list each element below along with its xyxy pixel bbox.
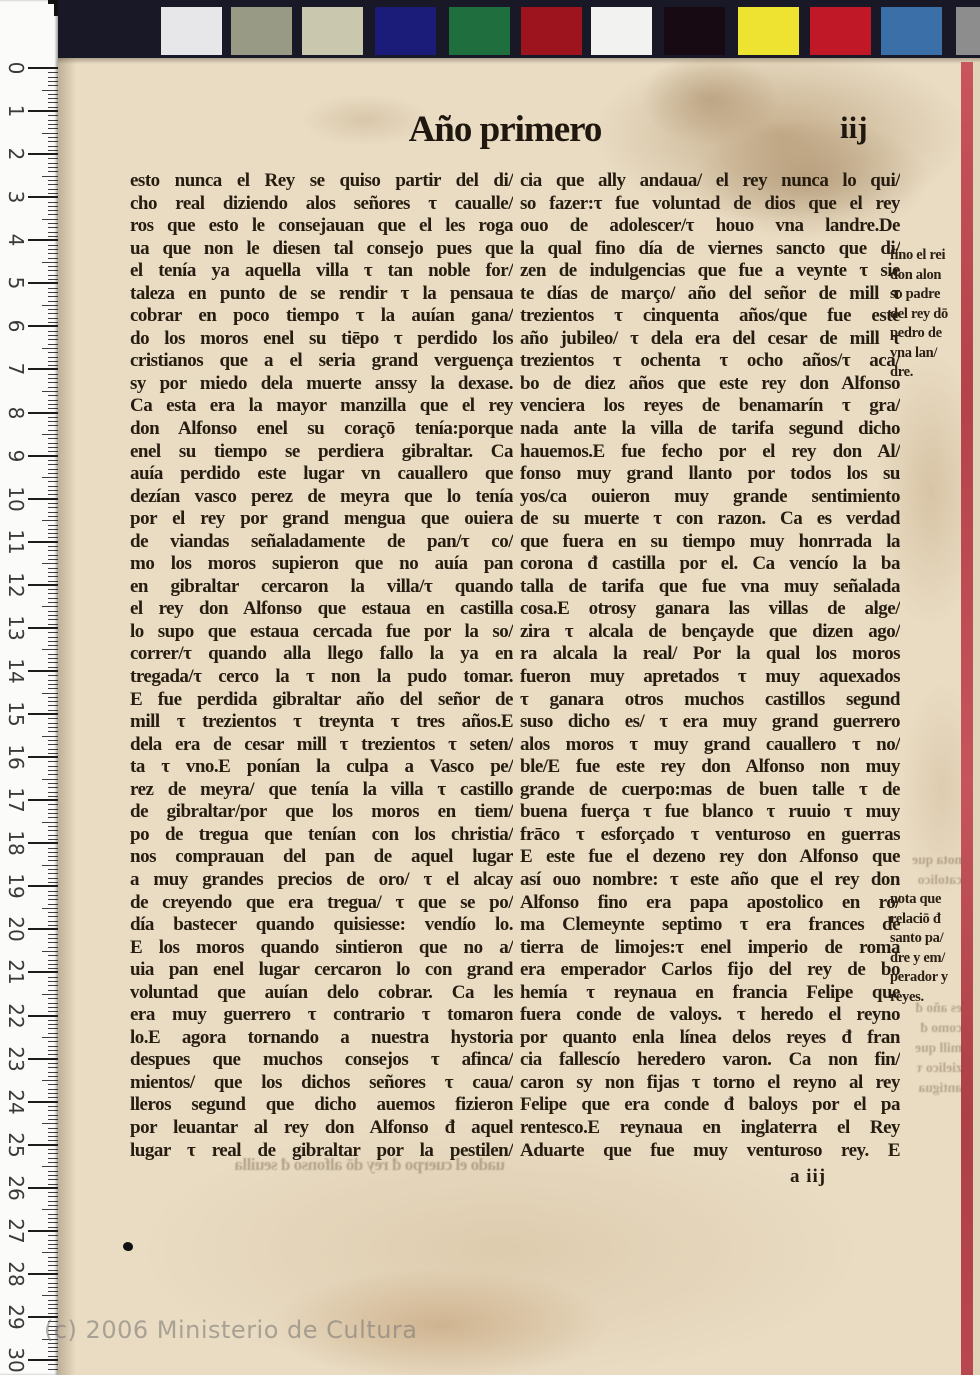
ruler-mm-tick	[48, 443, 58, 444]
ruler-cm-tick	[28, 196, 58, 198]
text-line: sy por miedo dela muerte anssy la dexase…	[130, 373, 513, 396]
ruler-mm-tick	[48, 792, 58, 793]
ruler-mm-tick	[48, 1265, 58, 1266]
ruler-mm-tick	[48, 469, 58, 470]
ruler-number: 7	[4, 354, 28, 384]
ruler-mm-tick	[48, 223, 58, 224]
ruler-mm-tick	[48, 680, 58, 681]
ruler-mm-tick	[48, 598, 58, 599]
ruler-mm-tick	[48, 1351, 58, 1352]
ruler-mm-tick	[48, 382, 58, 383]
ruler-mm-tick	[48, 947, 58, 948]
ruler-number: 6	[4, 311, 28, 341]
ruler-mm-tick	[48, 171, 58, 172]
ruler-mm-tick	[48, 1369, 58, 1370]
ruler-number: 29	[4, 1302, 28, 1332]
text-line: fonso muy grand llanto por todos los su	[520, 463, 900, 486]
ruler-cm-tick	[28, 1187, 58, 1189]
ruler-mm-tick	[48, 826, 58, 827]
text-line: suso dicho es/ τ era muy grand guerrero	[520, 711, 900, 734]
ruler-mm-tick	[48, 1201, 58, 1202]
ruler-mm-tick	[48, 1257, 58, 1258]
text-line: cia fallescío heredero varon. Ca non fin…	[520, 1049, 900, 1072]
text-line: Alfonso fino era papa apostolico en ro/	[520, 892, 900, 915]
text-line: así ouo nombre: τ este año que el rey do…	[520, 869, 900, 892]
ruler-mm-tick	[48, 1140, 58, 1141]
text-line: zira τ alcala de bençayde que dizen ago/	[520, 621, 900, 644]
ruler-cm-tick	[28, 885, 58, 887]
ruler-mm-tick	[42, 434, 58, 435]
color-patch-red	[810, 7, 871, 55]
ruler-mm-tick	[48, 529, 58, 530]
text-line: por quanto enla línea delos reyes đ fran	[520, 1027, 900, 1050]
text-line: do los moros enel su tiēpo τ perdido los	[130, 328, 513, 351]
ink-dot	[123, 1242, 133, 1251]
ruler-mm-tick	[48, 934, 58, 935]
ruler-mm-tick	[42, 736, 58, 737]
ruler-cm-tick	[28, 1015, 58, 1017]
ruler-mm-tick	[48, 593, 58, 594]
ruler-mm-tick	[48, 486, 58, 487]
text-line: mo los moros supieron que no auía pan	[130, 553, 513, 576]
bleedthrough-line: mill que	[886, 1038, 962, 1058]
ruler-mm-tick	[48, 1222, 58, 1223]
ruler-mm-tick	[48, 942, 58, 943]
text-line: rentesco.E reynaua en inglaterra el Rey	[520, 1117, 900, 1140]
ruler-mm-tick	[42, 1037, 58, 1038]
ruler-mm-tick	[48, 1261, 58, 1262]
ruler-number: 18	[4, 828, 28, 858]
ruler-mm-tick	[48, 258, 58, 259]
color-patch-steel-blue	[881, 7, 942, 55]
bleedthrough-line: zielico τ	[886, 1058, 962, 1078]
ruler-mm-tick	[48, 684, 58, 685]
ruler-mm-tick	[48, 723, 58, 724]
ruler-cm-tick	[28, 627, 58, 629]
ruler-mm-tick	[48, 365, 58, 366]
ruler-mm-tick	[42, 348, 58, 349]
ruler-mm-tick	[48, 1347, 58, 1348]
text-line: voluntad que auían delo cobrar. Ca les	[130, 982, 513, 1005]
margin-note-line: so padre	[890, 285, 960, 305]
ruler-mm-tick	[42, 649, 58, 650]
text-line: enel su tiempo se perdiera gibraltar. Ca	[130, 441, 513, 464]
text-line: a muy grandes precios de oro/ τ el alcay	[130, 869, 513, 892]
ruler-mm-tick	[48, 404, 58, 405]
color-patch-light-gray	[161, 7, 222, 55]
ruler-mm-tick	[42, 994, 58, 995]
ruler-mm-tick	[48, 1240, 58, 1241]
text-line: E fue perdida gibraltar año del señor de	[130, 689, 513, 712]
text-line: despues que muchos consejos τ afinca/	[130, 1049, 513, 1072]
ruler-mm-tick	[48, 817, 58, 818]
ruler-number: 14	[4, 656, 28, 686]
ruler-mm-tick	[48, 361, 58, 362]
ruler-mm-tick	[48, 1235, 58, 1236]
ruler-mm-tick	[48, 1171, 58, 1172]
text-line: alos moros τ muy grand cauallero τ no/	[520, 734, 900, 757]
ruler-mm-tick	[48, 1300, 58, 1301]
ruler-mm-tick	[48, 102, 58, 103]
text-line: por el rey por grand mengua que ouiera	[130, 508, 513, 531]
ruler-mm-tick	[48, 912, 58, 913]
text-line: trezientos τ cinquenta años/que fue este	[520, 305, 900, 328]
ruler-mm-tick	[48, 1205, 58, 1206]
ruler-mm-tick	[48, 357, 58, 358]
ruler-cm-tick	[28, 1273, 58, 1275]
ruler-number: 19	[4, 871, 28, 901]
ruler-number: 28	[4, 1259, 28, 1289]
ruler-mm-tick	[48, 637, 58, 638]
ruler-mm-tick	[48, 447, 58, 448]
ruler-mm-tick	[42, 176, 58, 177]
ruler-mm-tick	[48, 856, 58, 857]
gutter-shadow	[58, 58, 76, 1375]
ruler-mm-tick	[48, 744, 58, 745]
text-line: so fazer:τ fue voluntad de dios que el r…	[520, 193, 900, 216]
ruler-mm-tick	[48, 809, 58, 810]
ruler-mm-tick	[48, 977, 58, 978]
ruler-mm-tick	[48, 1136, 58, 1137]
ruler-mm-tick	[48, 1304, 58, 1305]
text-line: de gibraltar/por que los moros en tiem/	[130, 801, 513, 824]
ruler-mm-tick	[48, 740, 58, 741]
margin-note-line: perador y	[890, 968, 960, 988]
text-line: taleza en punto de se rendir τ la pensau…	[130, 283, 513, 306]
text-line: τ ganara otros muchos castillos segund	[520, 689, 900, 712]
color-patch-yellow	[738, 7, 799, 55]
ruler-mm-tick	[48, 141, 58, 142]
ruler-mm-tick	[48, 1003, 58, 1004]
ruler-number: 3	[4, 182, 28, 212]
margin-note-line: santo pa/	[890, 929, 960, 949]
bleedthrough-margin: es año đcomo đmill quezielico τantigua	[886, 998, 962, 1098]
ruler-mm-tick	[42, 951, 58, 952]
ruler-mm-tick	[48, 202, 58, 203]
ruler-mm-tick	[48, 1248, 58, 1249]
page-title: Año primero	[390, 108, 620, 151]
ruler-cm-tick	[28, 282, 58, 284]
ruler-mm-tick	[48, 998, 58, 999]
ruler-mm-tick	[48, 981, 58, 982]
text-line: era emperador Carlos fijo del rey de bo	[520, 959, 900, 982]
ruler-mm-tick	[48, 1041, 58, 1042]
ruler-mm-tick	[48, 1093, 58, 1094]
ruler-mm-tick	[48, 163, 58, 164]
ruler-mm-tick	[48, 180, 58, 181]
ruler-mm-tick	[48, 852, 58, 853]
ruler-cm-tick	[28, 239, 58, 241]
bleedthrough-line: antigua	[886, 1078, 962, 1098]
ruler-mm-tick	[42, 90, 58, 91]
ruler-mm-tick	[48, 848, 58, 849]
ruler-mm-tick	[48, 1084, 58, 1085]
text-line: auía perdido este lugar vn cauallero que	[130, 463, 513, 486]
ruler-number: 8	[4, 398, 28, 428]
ruler-mm-tick	[48, 1149, 58, 1150]
ruler-mm-tick	[42, 1166, 58, 1167]
text-line: don Alfonso enel su coraçō tenía:porque	[130, 418, 513, 441]
bleedthrough-text: uado el cuerpo đ rey dō alfonso đ seuill…	[133, 1155, 505, 1175]
ruler-mm-tick	[48, 960, 58, 961]
ruler-mm-tick	[48, 128, 58, 129]
ruler-mm-tick	[48, 899, 58, 900]
ruler-mm-tick	[48, 1050, 58, 1051]
ruler-mm-tick	[48, 481, 58, 482]
ruler-mm-tick	[48, 322, 58, 323]
text-line: ta τ vno.E ponían la culpa a Vasco pe/	[130, 756, 513, 779]
text-line: el rey don Alfonso que estaua en castill…	[130, 598, 513, 621]
ruler-mm-tick	[48, 124, 58, 125]
ruler-cm-tick	[28, 1144, 58, 1146]
ruler-cm-tick	[28, 368, 58, 370]
text-line: ros que esto le consejauan que el les ro…	[130, 215, 513, 238]
ruler-mm-tick	[48, 167, 58, 168]
ruler-mm-tick	[48, 1033, 58, 1034]
text-line: grande de cuerpo:mas de buen talle τ de	[520, 779, 900, 802]
ruler-mm-tick	[48, 1313, 58, 1314]
ruler-mm-tick	[48, 494, 58, 495]
ruler-mm-tick	[48, 839, 58, 840]
ruler-mm-tick	[48, 550, 58, 551]
margin-note-line: del rey dō	[890, 305, 960, 325]
ruler-mm-tick	[42, 908, 58, 909]
ruler-mm-tick	[48, 331, 58, 332]
ruler-mm-tick	[48, 94, 58, 95]
ruler-mm-tick	[48, 770, 58, 771]
page-edge	[973, 62, 980, 1375]
ruler-mm-tick	[48, 990, 58, 991]
ruler-mm-tick	[48, 658, 58, 659]
ruler-mm-tick	[48, 430, 58, 431]
ruler-number: 27	[4, 1216, 28, 1246]
copyright-watermark: (c) 2006 Ministerio de Cultura	[44, 1316, 418, 1344]
margin-note-line: dre y em/	[890, 949, 960, 969]
ruler-mm-tick	[48, 408, 58, 409]
ruler-mm-tick	[48, 339, 58, 340]
bleedthrough-line: es año đ	[886, 998, 962, 1018]
ruler-mm-tick	[48, 296, 58, 297]
ruler-mm-tick	[48, 1046, 58, 1047]
margin-note-1: fino el reidon alonso padredel rey dōped…	[890, 246, 960, 383]
ruler-mm-tick	[48, 916, 58, 917]
text-line: po de tregua que tenían con los christia…	[130, 824, 513, 847]
ruler-mm-tick	[48, 301, 58, 302]
ruler-mm-tick	[48, 1158, 58, 1159]
ruler-mm-tick	[48, 1162, 58, 1163]
color-patch-navy-blue	[375, 7, 436, 55]
ruler-mm-tick	[48, 292, 58, 293]
text-line: ra alcala la real/ Por la qual los moros	[520, 643, 900, 666]
ruler-mm-tick	[48, 214, 58, 215]
ruler-mm-tick	[48, 1132, 58, 1133]
ruler-mm-tick	[48, 572, 58, 573]
bleedthrough-line: catolico	[886, 870, 962, 890]
ruler-number: 22	[4, 1001, 28, 1031]
ruler-mm-tick	[48, 249, 58, 250]
ruler-mm-tick	[48, 774, 58, 775]
ruler-number: 17	[4, 785, 28, 815]
text-line: talla de tarifa que fue vna muy señalada	[520, 576, 900, 599]
text-line: ma Clemeynte septimo τ era frances de	[520, 914, 900, 937]
red-fore-edge	[961, 62, 973, 1375]
text-line: caron sy non fijas τ torno el reyno al r…	[520, 1072, 900, 1095]
margin-note-line: pedro de	[890, 324, 960, 344]
ruler-cm-tick	[28, 1230, 58, 1232]
text-line: venciera los reyes de benamarín τ gra/	[520, 395, 900, 418]
text-line: Ca esta era la mayor manzilla que el rey	[130, 395, 513, 418]
text-line: frāco τ esforçado τ venturoso en guerras	[520, 824, 900, 847]
text-line: ua que non le diesen tal consejo pues qu…	[130, 238, 513, 261]
ruler-mm-tick	[48, 1153, 58, 1154]
ruler-mm-tick	[42, 693, 58, 694]
ruler-cm-tick	[28, 498, 58, 500]
ruler-cm-tick	[28, 584, 58, 586]
ruler-mm-tick	[48, 1291, 58, 1292]
margin-note-line: don alon	[890, 266, 960, 286]
ruler-mm-tick	[48, 115, 58, 116]
ruler-mm-tick	[48, 245, 58, 246]
ruler-cm-tick	[28, 541, 58, 543]
ruler-number: 2	[4, 139, 28, 169]
text-line: el tenía ya aquella villa τ tan noble fo…	[130, 260, 513, 283]
text-line: nada ante la villa de tarifa segund dich…	[520, 418, 900, 441]
text-line: hemía τ reynaua en francia Felipe que	[520, 982, 900, 1005]
text-line: yos/ca ouieron muy grande sentimiento	[520, 486, 900, 509]
ruler-mm-tick	[48, 697, 58, 698]
ruler-mm-tick	[48, 253, 58, 254]
text-line: Aduarte que fue muy venturoso rey. E	[520, 1140, 900, 1163]
ruler-mm-tick	[48, 749, 58, 750]
margin-note-line: relaciō đ	[890, 910, 960, 930]
ruler-mm-tick	[48, 318, 58, 319]
ruler-mm-tick	[48, 232, 58, 233]
margin-note-line: vna lan/	[890, 344, 960, 364]
text-line: cristianos que a el seria grand verguenç…	[130, 350, 513, 373]
ruler-mm-tick	[48, 1054, 58, 1055]
ruler-mm-tick	[48, 72, 58, 73]
text-line: buena fuerça τ fue blanco τ ruuio τ muy	[520, 801, 900, 824]
ruler-mm-tick	[48, 1028, 58, 1029]
ruler-mm-tick	[48, 206, 58, 207]
ruler-cm-tick	[28, 325, 58, 327]
ruler-mm-tick	[42, 1209, 58, 1210]
text-line: de creyendo que era tregua/ τ que se po/	[130, 892, 513, 915]
ruler-mm-tick	[48, 559, 58, 560]
ruler-mm-tick	[48, 1020, 58, 1021]
ruler-mm-tick	[48, 1184, 58, 1185]
ruler-mm-tick	[48, 576, 58, 577]
ruler-mm-tick	[48, 1214, 58, 1215]
ruler-mm-tick	[48, 835, 58, 836]
ruler-mm-tick	[48, 460, 58, 461]
ruler-mm-tick	[48, 1218, 58, 1219]
ruler-mm-tick	[48, 537, 58, 538]
color-patch-dark-red	[521, 7, 582, 55]
ruler-number: 25	[4, 1130, 28, 1160]
ruler-mm-tick	[42, 520, 58, 521]
ruler-mm-tick	[48, 667, 58, 668]
text-line: cia que ally andaua/ el rey nunca lo qui…	[520, 170, 900, 193]
ruler-mm-tick	[48, 525, 58, 526]
text-line: dezían vasco perez de meyra que lo tenía	[130, 486, 513, 509]
text-line: esto nunca el Rey se quiso partir del di…	[130, 170, 513, 193]
ruler-mm-tick	[48, 688, 58, 689]
ruler-mm-tick	[48, 464, 58, 465]
ruler-mm-tick	[48, 710, 58, 711]
ruler-cm-tick	[28, 455, 58, 457]
ruler-mm-tick	[48, 938, 58, 939]
ruler-mm-tick	[48, 158, 58, 159]
ruler-mm-tick	[48, 81, 58, 82]
catchword: a iij	[790, 1166, 826, 1188]
text-line: la qual fino día de viernes sancto que d…	[520, 238, 900, 261]
manuscript-page: Año primero iij esto nunca el Rey se qui…	[58, 58, 980, 1375]
bleedthrough-line: como đ	[886, 1018, 962, 1038]
ruler-mm-tick	[48, 400, 58, 401]
ruler-mm-tick	[48, 787, 58, 788]
ruler-mm-tick	[48, 335, 58, 336]
color-patch-gray	[956, 7, 980, 55]
ruler-mm-tick	[48, 796, 58, 797]
ruler-number: 20	[4, 914, 28, 944]
ruler-mm-tick	[48, 275, 58, 276]
color-patch-green	[449, 7, 510, 55]
ruler-cm-tick	[28, 412, 58, 414]
ruler-cm-tick	[28, 153, 58, 155]
ruler-mm-tick	[48, 804, 58, 805]
text-line: de su muerte τ con razon. Ca es verdad	[520, 508, 900, 531]
ruler-mm-tick	[48, 783, 58, 784]
ruler-cm-tick	[28, 670, 58, 672]
text-line: cosa.E otrosy ganara las villas de alge/	[520, 598, 900, 621]
text-line: por leuantar al rey don Alfonso đ aquel	[130, 1117, 513, 1140]
ruler-mm-tick	[48, 873, 58, 874]
ruler-mm-tick	[42, 1295, 58, 1296]
ruler-mm-tick	[48, 98, 58, 99]
ruler-mm-tick	[48, 1192, 58, 1193]
bleedthrough-line: nota que	[886, 850, 962, 870]
ruler-mm-tick	[48, 718, 58, 719]
ruler-mm-tick	[48, 766, 58, 767]
text-line: tierra de limojes:τ enel imperio de roma	[520, 937, 900, 960]
ruler-mm-tick	[48, 632, 58, 633]
ruler-cm-tick	[28, 713, 58, 715]
ruler-mm-tick	[48, 813, 58, 814]
ruler-mm-tick	[48, 1283, 58, 1284]
ruler-mm-tick	[48, 1356, 58, 1357]
text-line: trezientos τ ochenta τ ocho años/τ aca/	[520, 350, 900, 373]
ruler-mm-tick	[48, 555, 58, 556]
text-line: año jubileo/ τ dela era del cesar de mil…	[520, 328, 900, 351]
ruler-mm-tick	[48, 985, 58, 986]
text-line: Felipe que era conde đ baloys por el pa	[520, 1094, 900, 1117]
color-patch-white	[591, 7, 652, 55]
ruler-number: 23	[4, 1044, 28, 1074]
ruler-mm-tick	[42, 606, 58, 607]
ruler-mm-tick	[48, 645, 58, 646]
ruler-mm-tick	[48, 1067, 58, 1068]
text-line: nos comprauan del pan de aquel lugar	[130, 846, 513, 869]
ruler-mm-tick	[48, 727, 58, 728]
ruler-mm-tick	[48, 611, 58, 612]
ruler-mm-tick	[48, 146, 58, 147]
ruler-mm-tick	[48, 761, 58, 762]
ruler-mm-tick	[48, 85, 58, 86]
ruler-mm-tick	[48, 516, 58, 517]
ruler-cm-tick	[28, 756, 58, 758]
text-line: día bastecer quando quisiesse: vendío lo…	[130, 914, 513, 937]
